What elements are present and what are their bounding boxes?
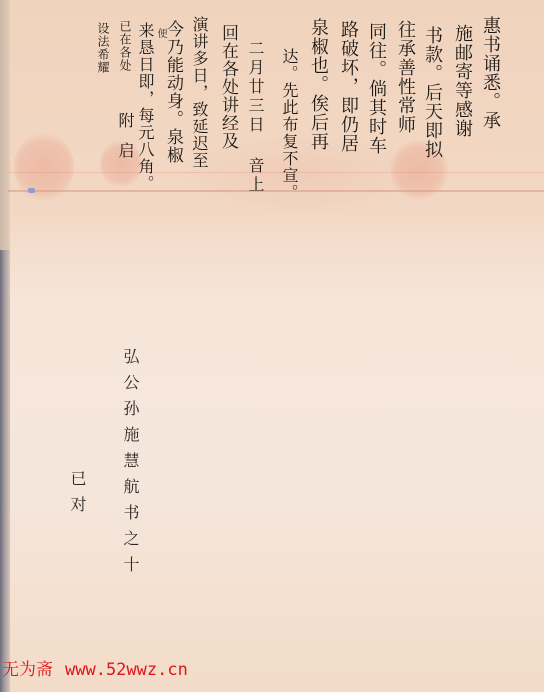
annotation-column: 弘公孙施慧航书之十	[118, 348, 142, 582]
postscript-small-column-1: 已在各处	[118, 20, 132, 72]
postscript-signature: 附启	[116, 112, 134, 172]
letter-page: 惠书诵悉。承 施邮寄等感谢 书款。后天即拟 往承善性常师 同往。倘其时车 路破坏…	[0, 0, 544, 692]
ink-fleck	[28, 188, 35, 193]
letter-column-1: 惠书诵悉。承	[480, 16, 500, 130]
postscript-column-3: 今乃能动身。泉椒	[163, 20, 183, 164]
binding-edge-top	[0, 0, 10, 250]
water-stain-left	[14, 132, 74, 202]
watermark-url: www.52wwz.cn	[65, 660, 188, 680]
letter-column-7: 泉椒也。俟后再	[308, 18, 328, 151]
watermark: 无为斋www.52wwz.cn	[2, 655, 188, 680]
postscript-column-2: 演讲多日，致延迟至	[190, 16, 208, 169]
postscript-inline-note: 便	[153, 28, 167, 39]
fold-crease-lower	[8, 190, 544, 192]
letter-column-6: 路破坏，即仍居	[338, 20, 358, 153]
letter-date-signature: 二月廿三日 音上	[246, 40, 264, 195]
annotation-side-note: 已对	[68, 470, 86, 522]
fold-crease	[8, 172, 544, 173]
letter-column-2: 施邮寄等感谢	[452, 24, 472, 138]
letter-column-8: 达。先此布复不宣。	[280, 48, 298, 201]
postscript-small-column-2: 设法希耀	[96, 22, 110, 74]
postscript-column-1: 回在各处讲经及	[218, 24, 238, 150]
watermark-name: 无为斋	[2, 660, 53, 680]
postscript-column-4: 来恳日即，每元八角。	[136, 22, 154, 192]
letter-column-3: 书款。后天即拟	[422, 26, 442, 159]
letter-column-4: 往承善性常师	[395, 20, 415, 134]
letter-column-5: 同往。倘其时车	[366, 22, 386, 155]
